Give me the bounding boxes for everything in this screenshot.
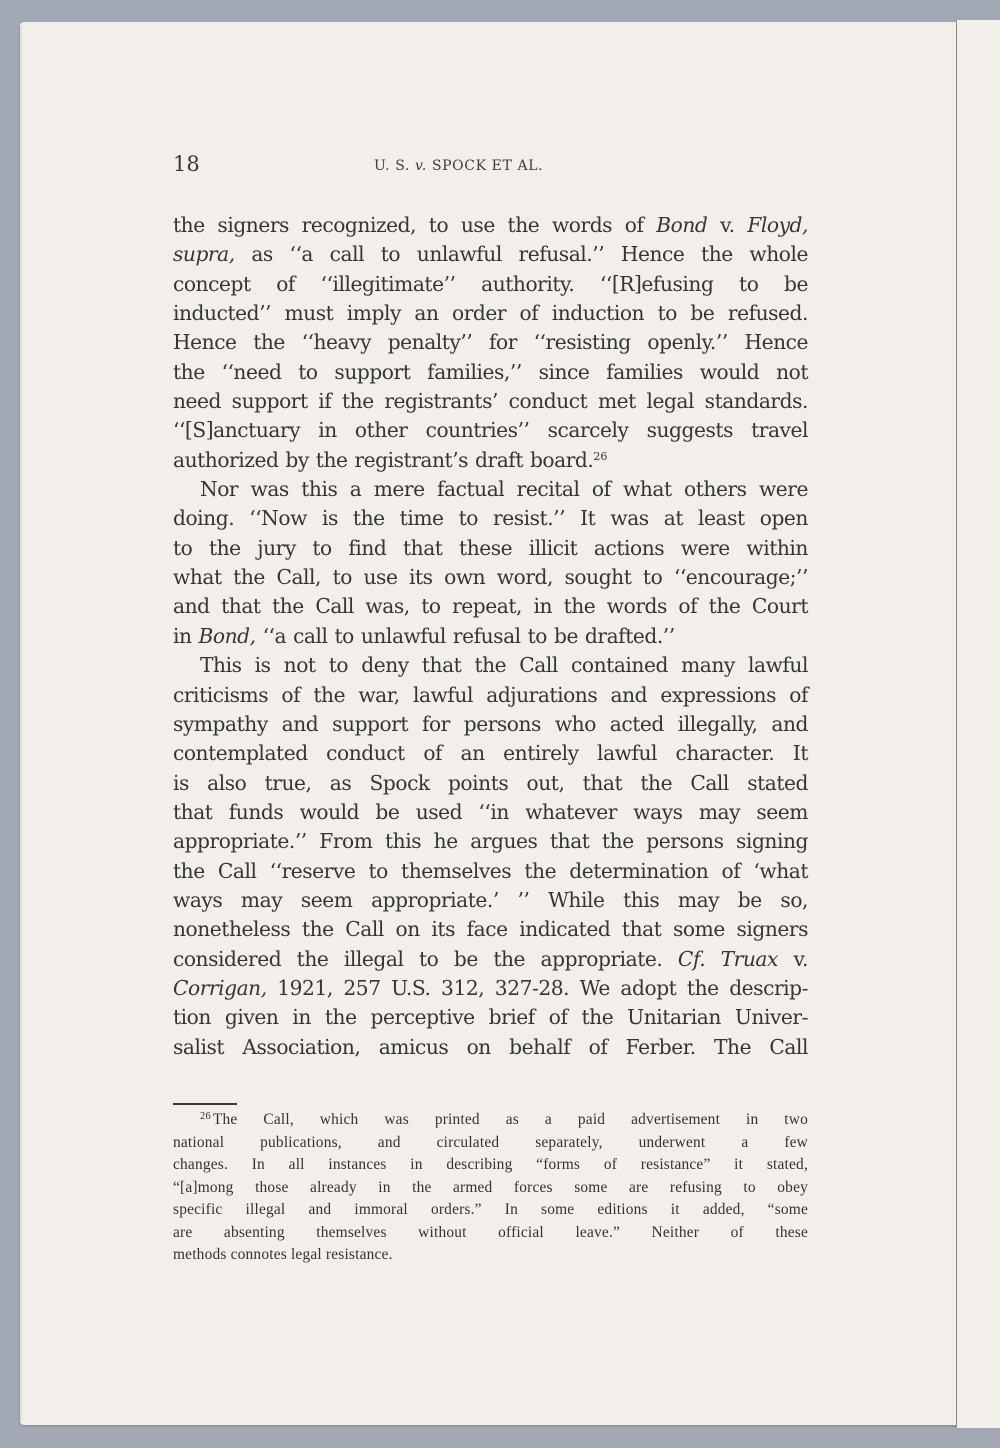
text-segment: the ‘‘need to support families,’’ since … bbox=[173, 360, 808, 384]
footnote-line: 26The Call, which was printed as a paid … bbox=[173, 1109, 808, 1132]
text-line: Hence the ‘‘heavy penalty’’ for ‘‘resist… bbox=[173, 328, 808, 357]
text-segment: ‘‘[S]anctuary in other countries’’ scarc… bbox=[173, 418, 808, 442]
text-line: contemplated conduct of an entirely lawf… bbox=[173, 739, 808, 768]
italic-citation: Corrigan, bbox=[173, 976, 267, 1000]
footnote-line: methods connotes legal resistance. bbox=[173, 1244, 808, 1267]
text-line: in Bond, ‘‘a call to unlawful refusal to… bbox=[173, 622, 808, 651]
text-line: what the Call, to use its own word, soug… bbox=[173, 563, 808, 592]
text-line: Nor was this a mere factual recital of w… bbox=[173, 475, 808, 504]
footnote-reference: 26 bbox=[593, 450, 607, 463]
text-segment: the signers recognized, to use the words… bbox=[173, 213, 656, 237]
text-line: the Call ‘‘reserve to themselves the det… bbox=[173, 857, 808, 886]
text-line: This is not to deny that the Call contai… bbox=[173, 651, 808, 680]
text-line: tion given in the perceptive brief of th… bbox=[173, 1003, 808, 1032]
running-head-suffix: SPOCK ET AL. bbox=[427, 158, 543, 174]
text-line: ‘‘[S]anctuary in other countries’’ scarc… bbox=[173, 416, 808, 445]
text-line: criticisms of the war, lawful adjuration… bbox=[173, 681, 808, 710]
footnote-text: are absenting themselves without officia… bbox=[173, 1224, 808, 1241]
footnote-text: The Call, which was printed as a paid ad… bbox=[213, 1111, 808, 1128]
text-segment: is also true, as Spock points out, that … bbox=[173, 771, 808, 795]
text-segment: to the jury to find that these illicit a… bbox=[173, 536, 808, 560]
text-line: sympathy and support for persons who act… bbox=[173, 710, 808, 739]
text-segment: 1921, 257 U.S. 312, 327-28. We adopt the… bbox=[267, 976, 808, 1000]
text-line: doing. ‘‘Now is the time to resist.’’ It… bbox=[173, 504, 808, 533]
footnotes: 26The Call, which was printed as a paid … bbox=[173, 1109, 808, 1267]
page-number: 18 bbox=[173, 152, 200, 176]
footnote-separator bbox=[173, 1103, 237, 1105]
text-line: salist Association, amicus on behalf of … bbox=[173, 1033, 808, 1062]
text-line: the signers recognized, to use the words… bbox=[173, 211, 808, 240]
footnote-line: national publications, and circulated se… bbox=[173, 1132, 808, 1155]
italic-citation: Cf. Truax bbox=[678, 947, 778, 971]
text-line: authorized by the registrant’s draft boa… bbox=[173, 446, 808, 475]
italic-citation: Floyd, bbox=[747, 213, 808, 237]
italic-citation: Bond bbox=[656, 213, 707, 237]
italic-citation: Bond, bbox=[199, 624, 256, 648]
text-segment: and that the Call was, to repeat, in the… bbox=[173, 594, 808, 618]
text-segment: that funds would be used ‘‘in whatever w… bbox=[173, 800, 808, 824]
text-segment: what the Call, to use its own word, soug… bbox=[173, 565, 808, 589]
text-segment: in bbox=[173, 624, 199, 648]
text-segment: Hence the ‘‘heavy penalty’’ for ‘‘resist… bbox=[173, 330, 808, 354]
text-line: supra, as ‘‘a call to unlawful refusal.’… bbox=[173, 240, 808, 269]
text-line: nonetheless the Call on its face indicat… bbox=[173, 915, 808, 944]
text-segment: considered the illegal to be the appropr… bbox=[173, 947, 678, 971]
text-segment: tion given in the perceptive brief of th… bbox=[173, 1005, 808, 1029]
running-head: U. S. v. SPOCK ET AL. bbox=[374, 158, 543, 174]
text-segment: criticisms of the war, lawful adjuration… bbox=[173, 683, 808, 707]
text-line: considered the illegal to be the appropr… bbox=[173, 945, 808, 974]
text-segment: ways may seem appropriate.’ ’’ While thi… bbox=[173, 888, 808, 912]
text-segment: Nor was this a mere factual recital of w… bbox=[200, 477, 808, 501]
page-header: 18 U. S. v. SPOCK ET AL. bbox=[173, 152, 808, 182]
page-left-edge bbox=[20, 26, 23, 1421]
text-segment: appropriate.’’ From this he argues that … bbox=[173, 829, 808, 853]
running-head-prefix: U. S. bbox=[374, 158, 415, 174]
text-line: to the jury to find that these illicit a… bbox=[173, 534, 808, 563]
text-segment: ‘‘a call to unlawful refusal to be draft… bbox=[256, 624, 675, 648]
text-line: the ‘‘need to support families,’’ since … bbox=[173, 358, 808, 387]
footnote-text: national publications, and circulated se… bbox=[173, 1134, 808, 1151]
text-segment: This is not to deny that the Call contai… bbox=[200, 653, 808, 677]
text-line: inducted’’ must imply an order of induct… bbox=[173, 299, 808, 328]
text-segment: inducted’’ must imply an order of induct… bbox=[173, 301, 808, 325]
footnote-text: changes. In all instances in describing … bbox=[173, 1156, 808, 1173]
text-segment: doing. ‘‘Now is the time to resist.’’ It… bbox=[173, 506, 808, 530]
italic-citation: supra, bbox=[173, 242, 235, 266]
footnote-text: specific illegal and immoral orders.” In… bbox=[173, 1201, 808, 1218]
running-head-versus: v. bbox=[415, 158, 427, 174]
text-segment: authorized by the registrant’s draft boa… bbox=[173, 448, 593, 472]
text-line: concept of ‘‘illegitimate’’ authority. ‘… bbox=[173, 270, 808, 299]
text-line: need support if the registrants’ conduct… bbox=[173, 387, 808, 416]
text-segment: sympathy and support for persons who act… bbox=[173, 712, 808, 736]
text-segment: v. bbox=[707, 213, 747, 237]
text-segment: as ‘‘a call to unlawful refusal.’’ Hence… bbox=[235, 242, 808, 266]
footnote-line: are absenting themselves without officia… bbox=[173, 1222, 808, 1245]
text-line: that funds would be used ‘‘in whatever w… bbox=[173, 798, 808, 827]
text-line: appropriate.’’ From this he argues that … bbox=[173, 827, 808, 856]
text-segment: need support if the registrants’ conduct… bbox=[173, 389, 808, 413]
body-text: the signers recognized, to use the words… bbox=[173, 211, 808, 1062]
text-segment: concept of ‘‘illegitimate’’ authority. ‘… bbox=[173, 272, 808, 296]
text-segment: nonetheless the Call on its face indicat… bbox=[173, 917, 808, 941]
text-line: ways may seem appropriate.’ ’’ While thi… bbox=[173, 886, 808, 915]
text-line: is also true, as Spock points out, that … bbox=[173, 769, 808, 798]
text-segment: salist Association, amicus on behalf of … bbox=[173, 1035, 808, 1059]
footnote-number: 26 bbox=[200, 1111, 211, 1122]
adjacent-page-edge bbox=[956, 20, 1000, 1428]
footnote-line: “[a]mong those already in the armed forc… bbox=[173, 1177, 808, 1200]
footnote-line: changes. In all instances in describing … bbox=[173, 1154, 808, 1177]
footnote-line: specific illegal and immoral orders.” In… bbox=[173, 1199, 808, 1222]
text-segment: v. bbox=[778, 947, 808, 971]
footnote-text: methods connotes legal resistance. bbox=[173, 1246, 393, 1263]
footnote-text: “[a]mong those already in the armed forc… bbox=[173, 1179, 808, 1196]
text-segment: the Call ‘‘reserve to themselves the det… bbox=[173, 859, 808, 883]
text-line: and that the Call was, to repeat, in the… bbox=[173, 592, 808, 621]
text-line: Corrigan, 1921, 257 U.S. 312, 327-28. We… bbox=[173, 974, 808, 1003]
text-segment: contemplated conduct of an entirely lawf… bbox=[173, 741, 808, 765]
